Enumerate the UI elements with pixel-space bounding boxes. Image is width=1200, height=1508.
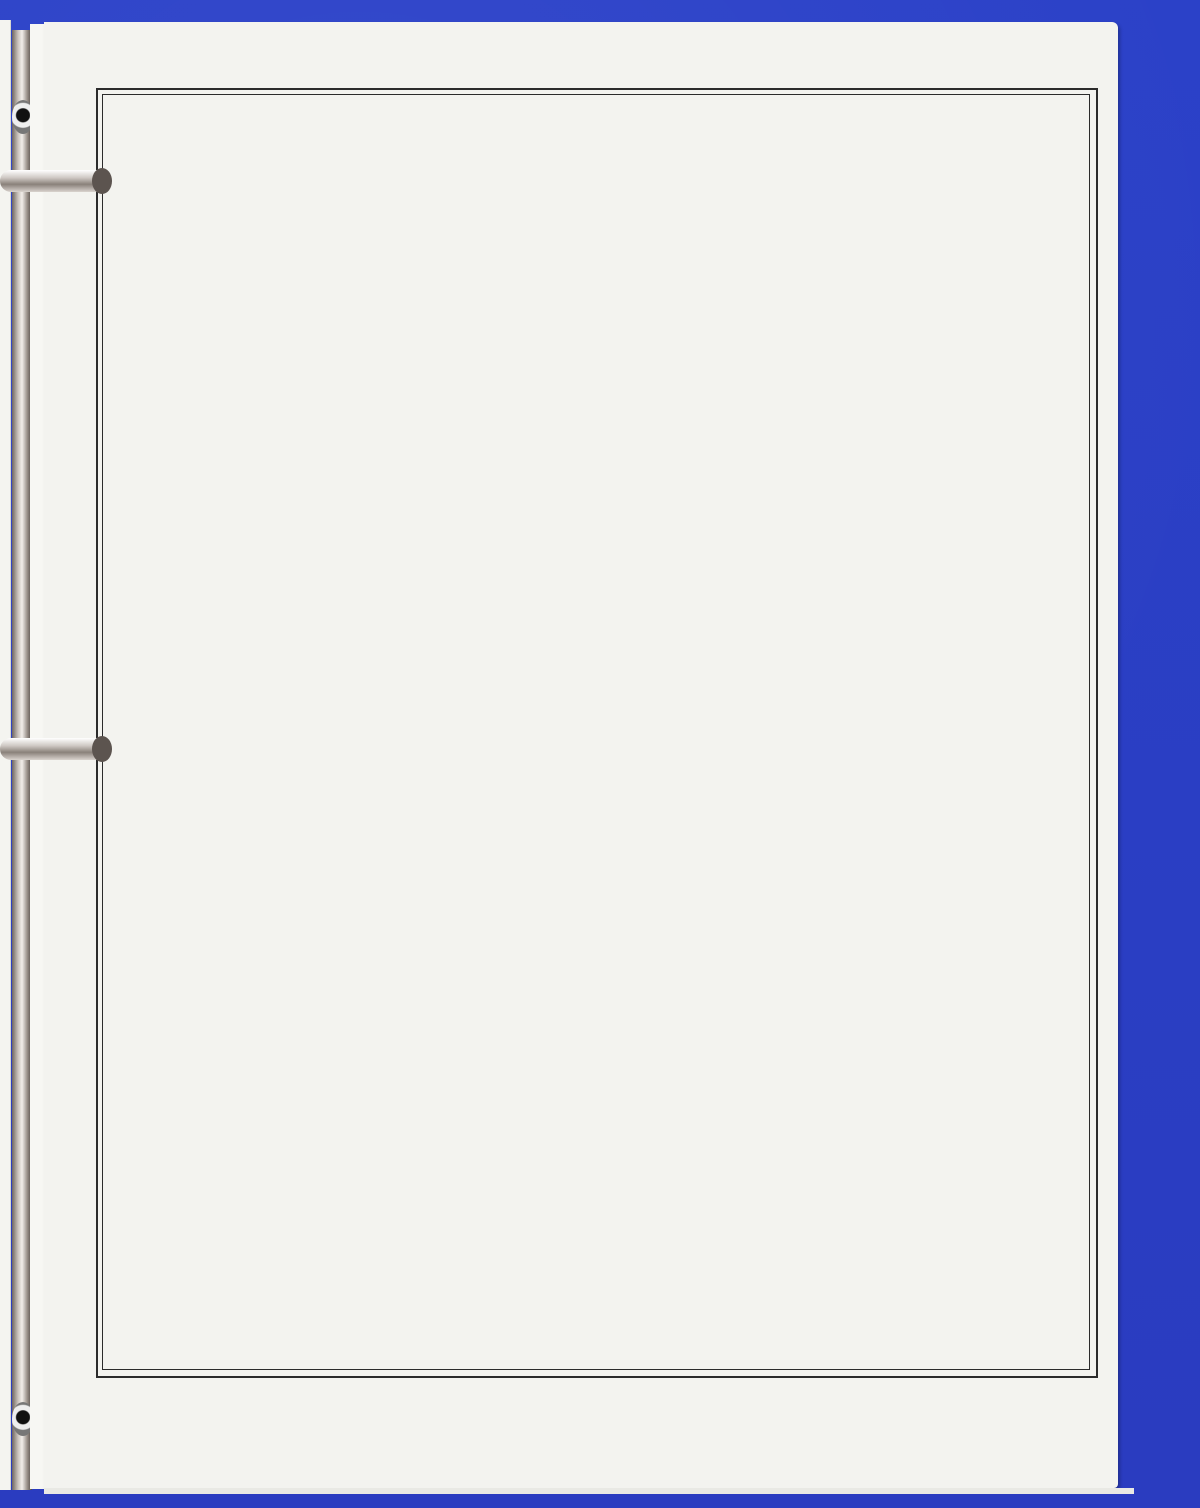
page-edges xyxy=(44,1488,1134,1494)
page-border-inner xyxy=(102,94,1090,1370)
ring-end-icon xyxy=(92,736,112,762)
binder-spine xyxy=(12,30,32,1490)
ring-end-icon xyxy=(92,168,112,194)
